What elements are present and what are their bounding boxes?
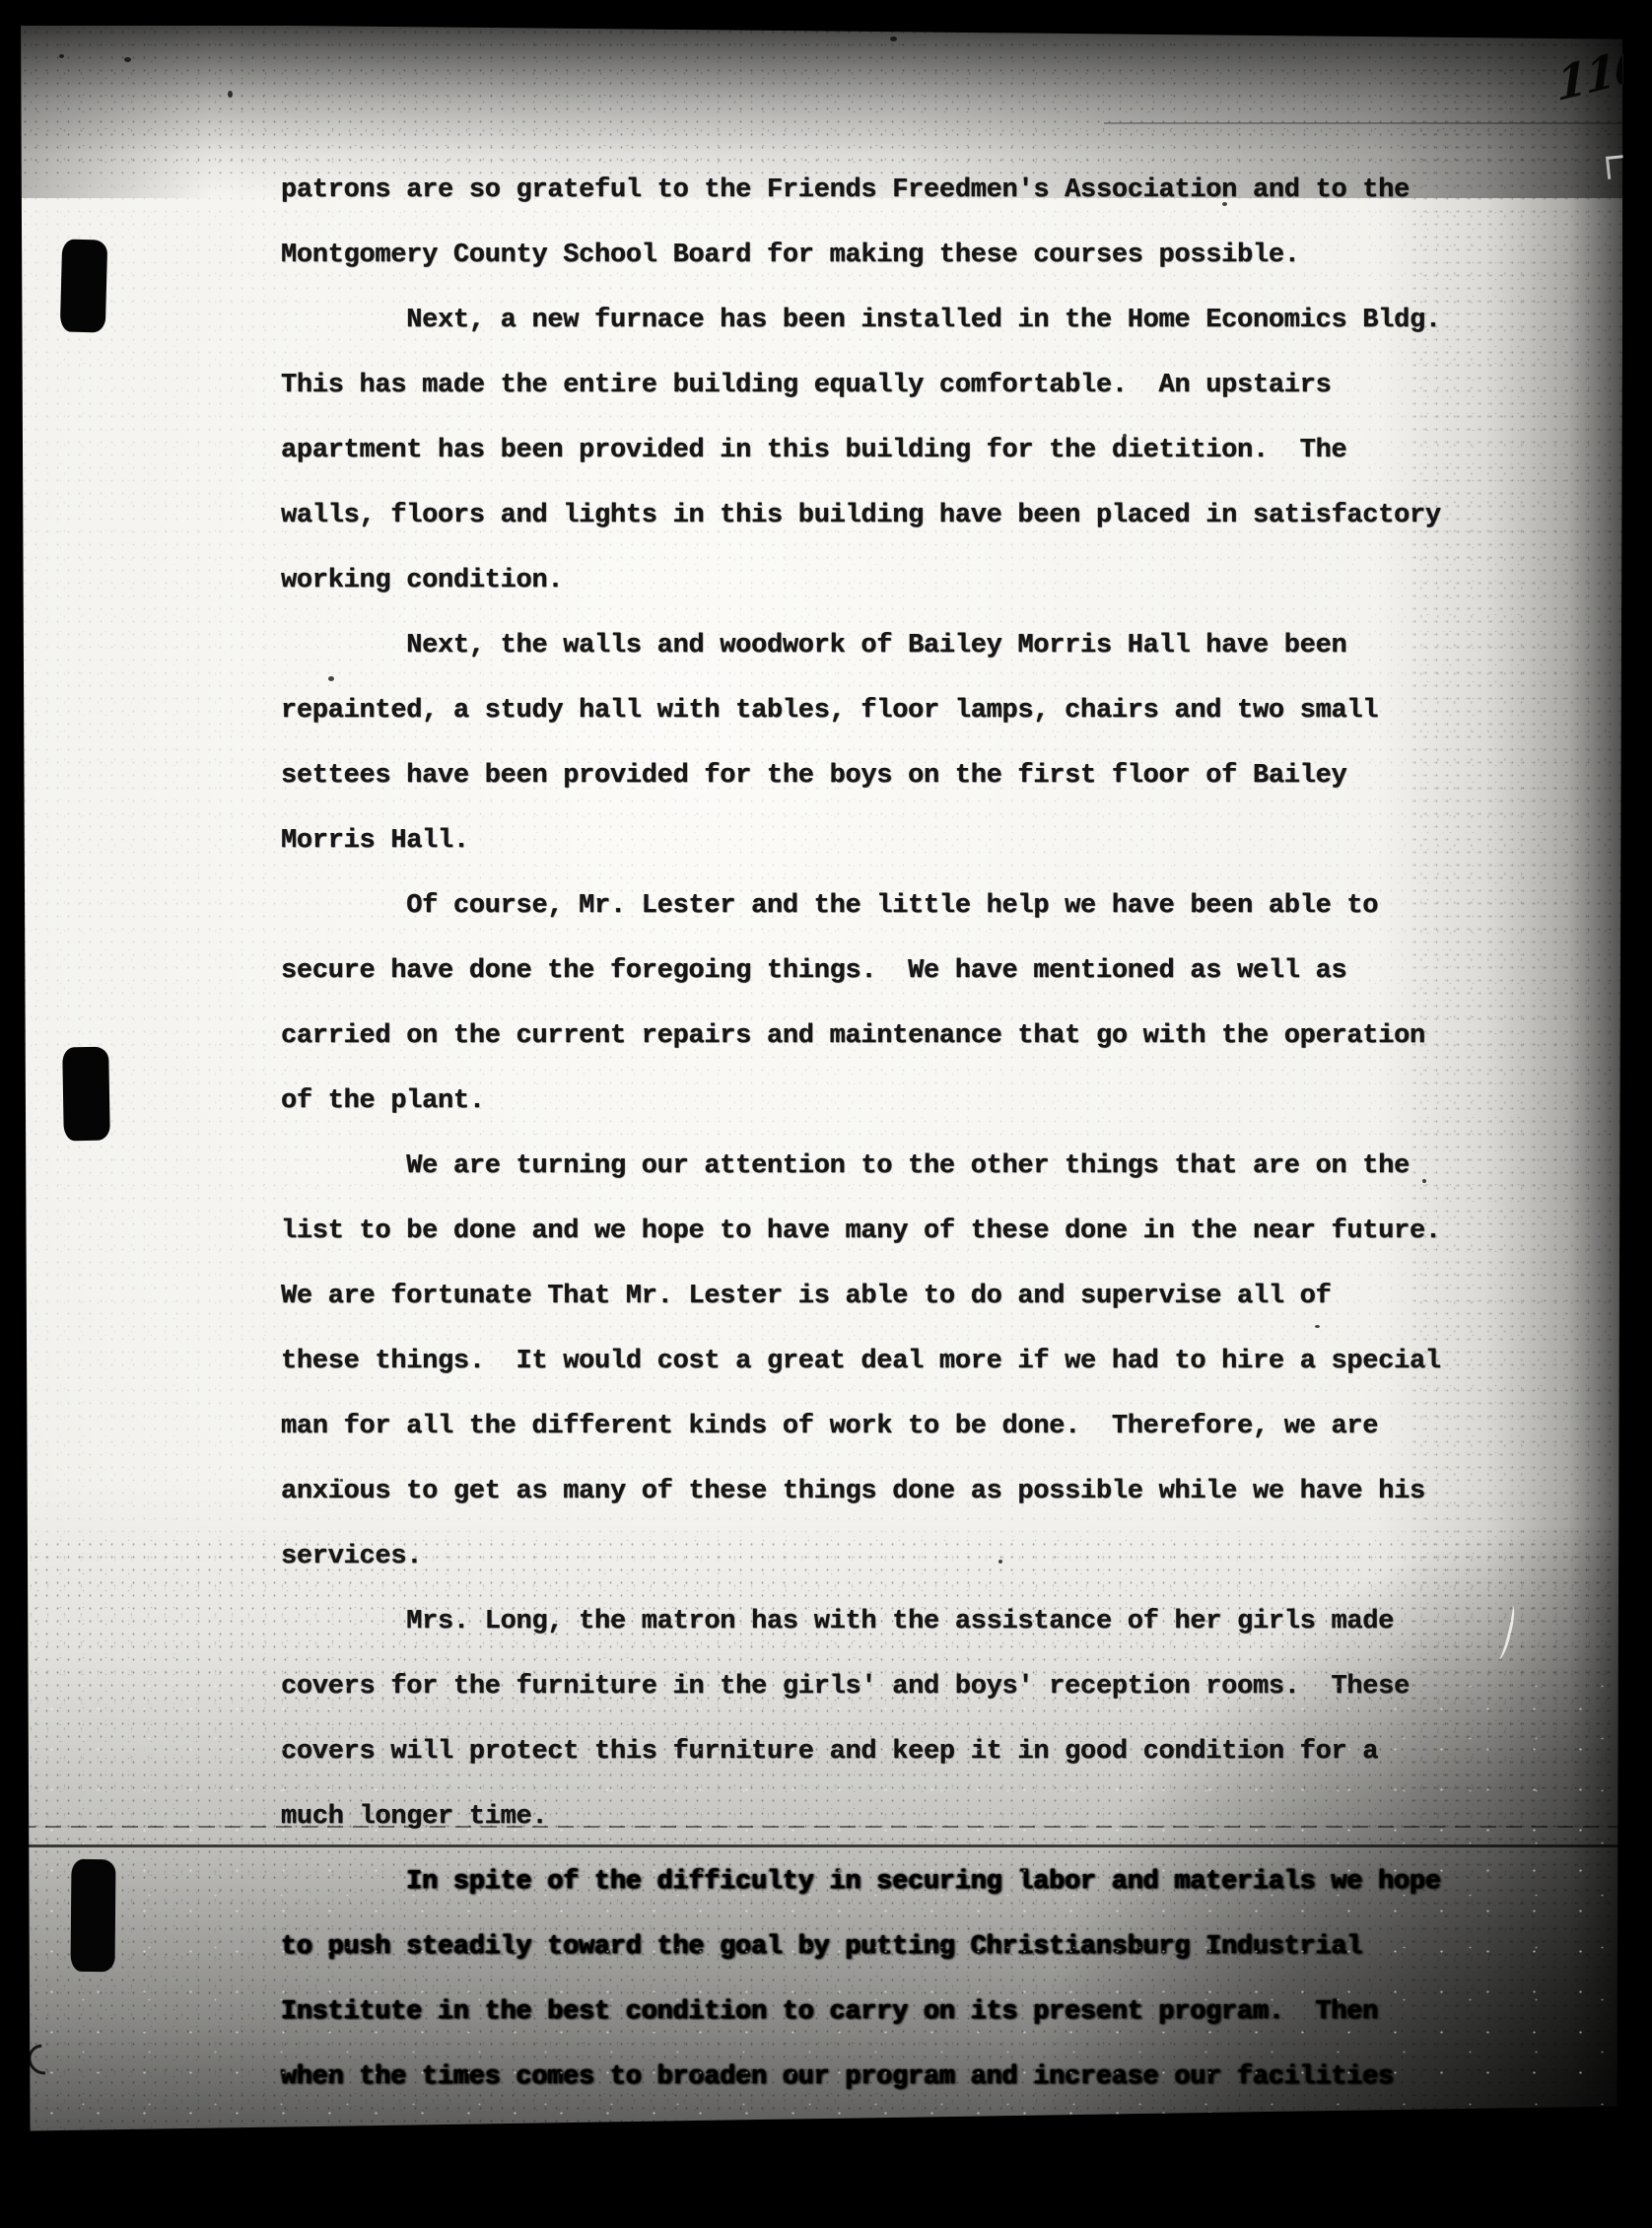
text-line: these things. It would cost a great deal… <box>281 1329 1582 1394</box>
ink-speck <box>59 54 64 58</box>
text-line: walls, floors and lights in this buildin… <box>281 483 1582 548</box>
text-line: Institute in the best condition to carry… <box>281 1980 1582 2045</box>
ink-speck <box>542 1161 546 1164</box>
text-line: working condition. <box>281 548 1582 613</box>
ink-speck <box>998 1560 1002 1564</box>
text-line: We are fortunate That Mr. Lester is able… <box>281 1264 1582 1329</box>
text-line: apartment has been provided in this buil… <box>281 418 1582 483</box>
text-line: In spite of the difficulty in securing l… <box>281 1849 1582 1915</box>
text-line: Mrs. Long, the matron has with the assis… <box>281 1589 1582 1654</box>
scanned-document: 116 patrons are so grateful to the Frien… <box>0 0 1652 2228</box>
text-line: secure have done the foregoing things. W… <box>281 939 1582 1004</box>
text-line: list to be done and we hope to have many… <box>281 1199 1582 1264</box>
text-line: when the times comes to broaden our prog… <box>281 2045 1582 2110</box>
ink-speck <box>1123 434 1127 438</box>
text-line: We are turning our attention to the othe… <box>281 1134 1582 1199</box>
ink-speck <box>340 1479 343 1482</box>
ink-blot <box>71 1859 116 1972</box>
text-line: Of course, Mr. Lester and the little hel… <box>281 873 1582 939</box>
ink-blot <box>62 1047 110 1142</box>
ink-blot <box>60 239 107 332</box>
ink-speck <box>124 57 131 62</box>
ink-speck <box>1422 1179 1426 1183</box>
text-line: to push steadily toward the goal by putt… <box>281 1915 1582 1980</box>
text-line: Next, the walls and woodwork of Bailey M… <box>281 613 1582 678</box>
text-line: Morris Hall. <box>281 808 1582 873</box>
typewritten-text: patrons are so grateful to the Friends F… <box>281 158 1582 2110</box>
ink-speck <box>328 676 334 681</box>
text-line: carried on the current repairs and maint… <box>281 1004 1582 1069</box>
scan-artifact-line <box>20 1826 1622 1828</box>
ink-speck <box>890 36 897 41</box>
text-line: This has made the entire building equall… <box>281 353 1582 418</box>
text-line: covers will protect this furniture and k… <box>281 1719 1582 1784</box>
text-line: covers for the furniture in the girls' a… <box>281 1654 1582 1719</box>
text-line: services. <box>281 1524 1582 1589</box>
text-line: much longer time. <box>281 1784 1582 1849</box>
text-line: anxious to get as many of these things d… <box>281 1459 1582 1524</box>
ink-speck <box>1222 202 1227 206</box>
text-line: of the plant. <box>281 1069 1582 1134</box>
text-line: repainted, a study hall with tables, flo… <box>281 678 1582 743</box>
text-line: Montgomery County School Board for makin… <box>281 223 1582 288</box>
text-line: Next, a new furnace has been installed i… <box>281 288 1582 353</box>
scan-artifact-line <box>20 1845 1622 1847</box>
text-line: settees have been provided for the boys … <box>281 743 1582 808</box>
text-line: man for all the different kinds of work … <box>281 1394 1582 1459</box>
text-line: patrons are so grateful to the Friends F… <box>281 158 1582 223</box>
ink-speck <box>1315 1325 1320 1328</box>
ink-speck <box>228 91 233 98</box>
scan-artifact-line <box>1104 122 1622 124</box>
